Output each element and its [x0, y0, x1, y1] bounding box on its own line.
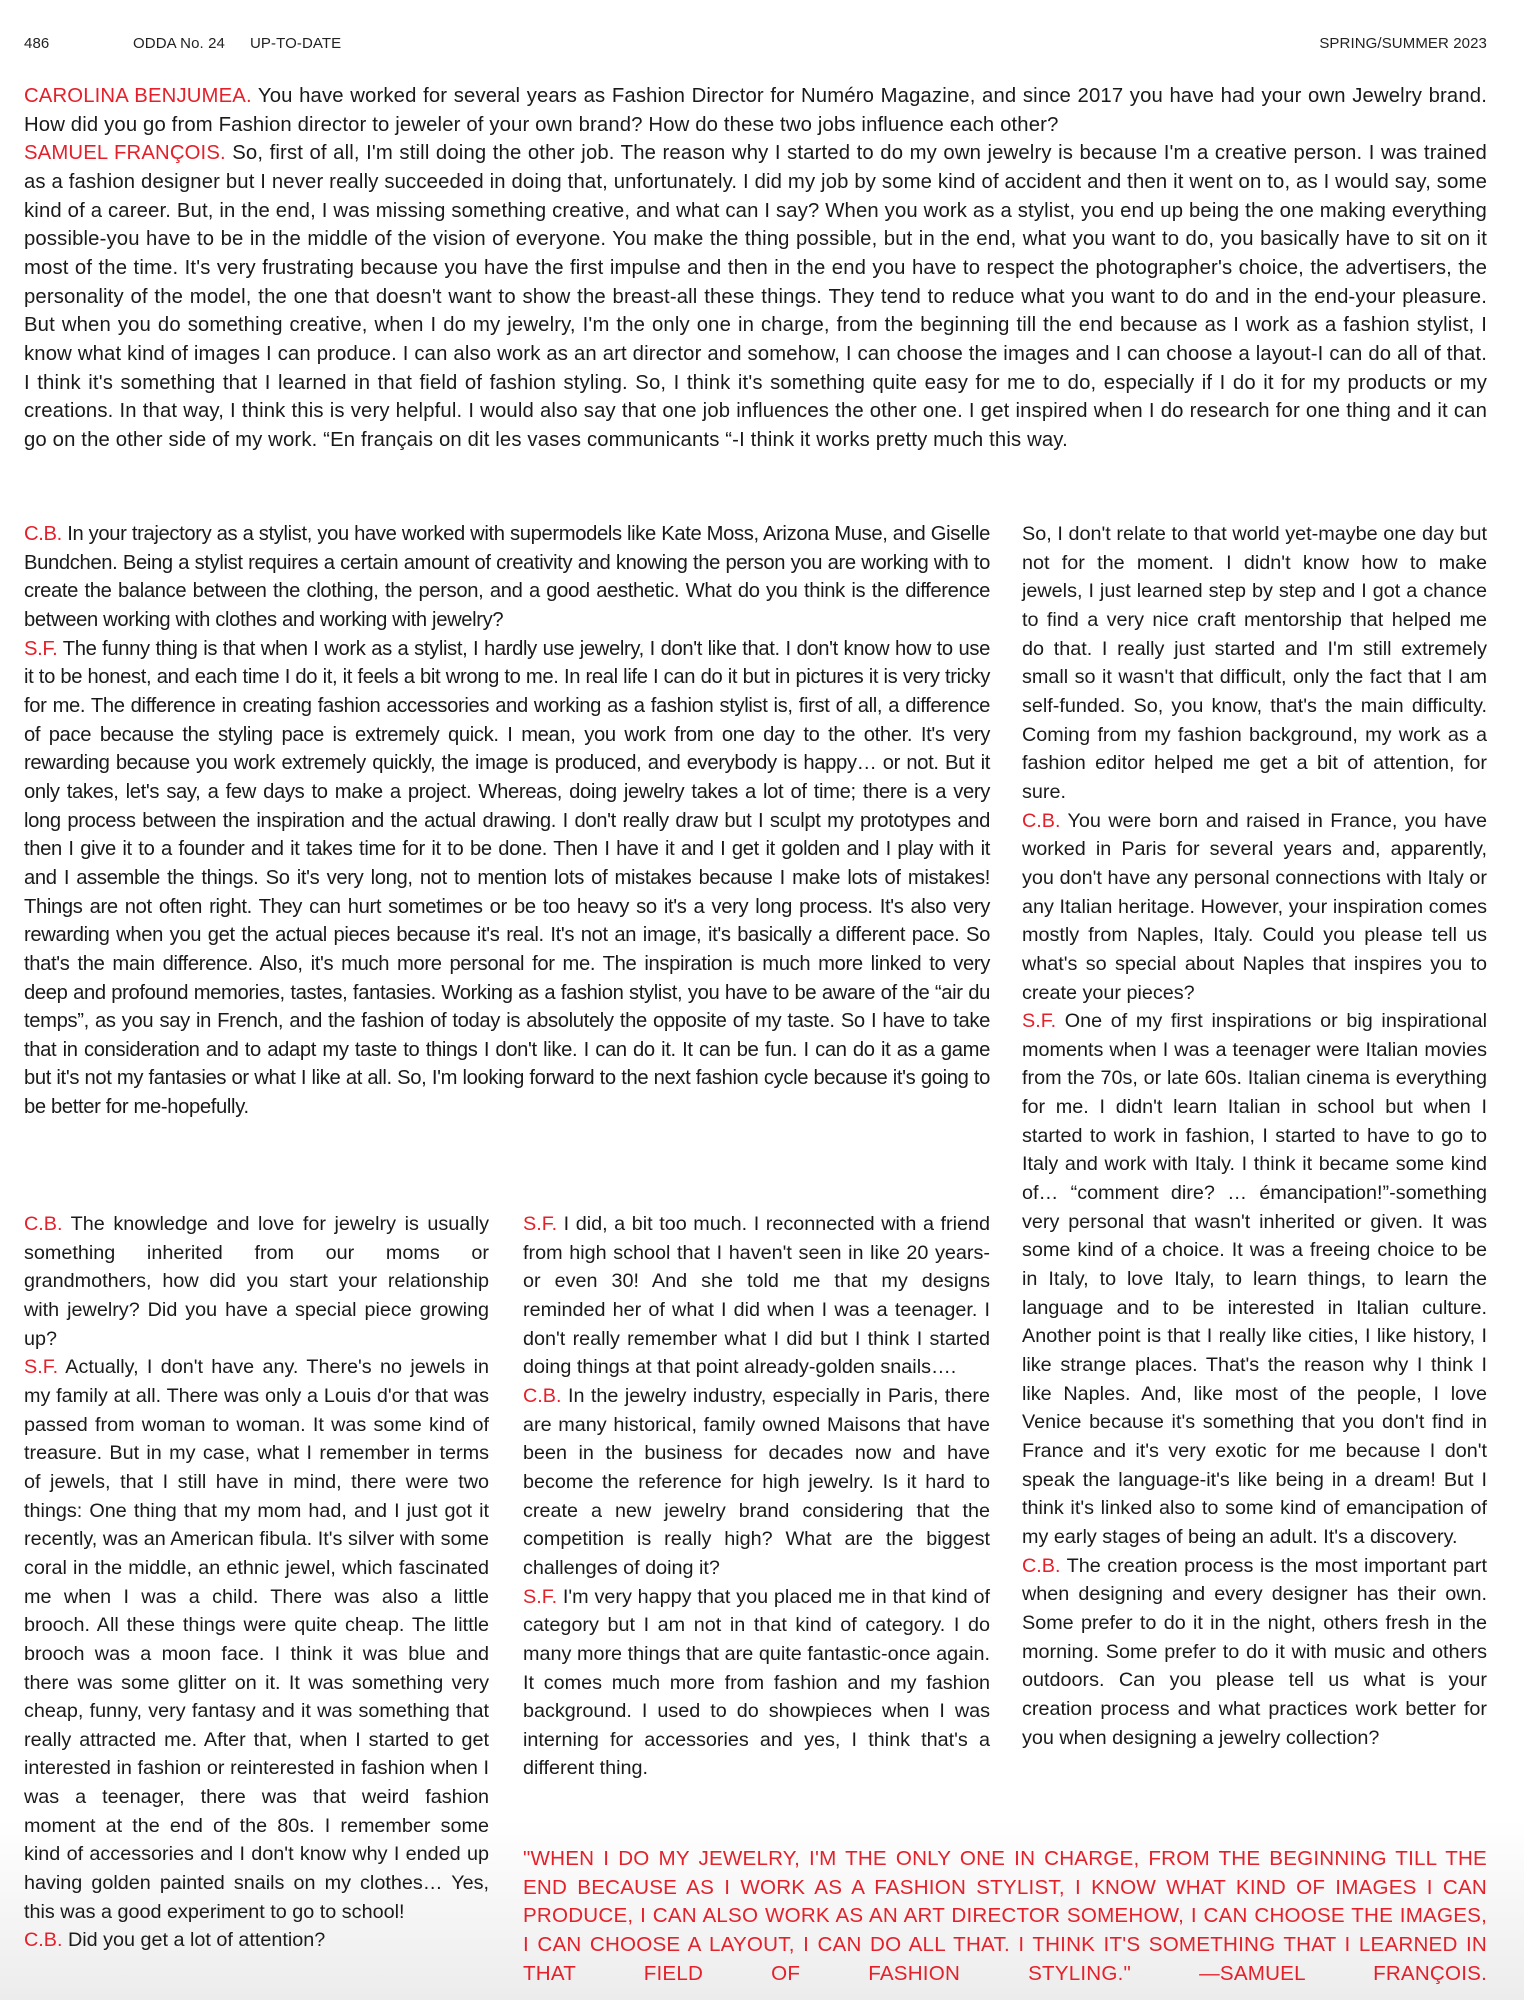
question-paragraph: C.B. You were born and raised in France,… — [1022, 807, 1487, 1008]
paragraph-text: In your trajectory as a stylist, you hav… — [24, 523, 990, 631]
speaker-label: C.B. — [24, 1213, 62, 1235]
section-name: UP-TO-DATE — [250, 35, 341, 52]
speaker-label: S.F. — [24, 638, 57, 660]
speaker-label: C.B. — [1022, 810, 1060, 832]
paragraph-text: In the jewelry industry, especially in P… — [523, 1385, 990, 1579]
speaker-label: CAROLINA BENJUMEA. — [24, 85, 252, 107]
paragraph-text: I did, a bit too much. I reconnected wit… — [523, 1213, 990, 1378]
paragraph-text: You were born and raised in France, you … — [1022, 810, 1487, 1004]
speaker-label: S.F. — [523, 1586, 557, 1608]
speaker-label: SAMUEL FRANÇOIS. — [24, 142, 226, 164]
issue-season: SPRING/SUMMER 2023 — [1319, 35, 1487, 52]
question-paragraph: C.B. In your trajectory as a stylist, yo… — [24, 520, 990, 635]
pull-quote: "When I do my jewelry, I'm the only one … — [523, 1845, 1487, 1988]
intro-question: CAROLINA BENJUMEA. You have worked for s… — [24, 82, 1487, 139]
wide-column: C.B. In your trajectory as a stylist, yo… — [24, 520, 990, 1122]
speaker-label: S.F. — [24, 1356, 58, 1378]
paragraph-text: The creation process is the most importa… — [1022, 1555, 1487, 1749]
right-column: So, I don't relate to that world yet-may… — [1022, 520, 1487, 1752]
speaker-label: C.B. — [24, 1929, 62, 1951]
magazine-issue: ODDA No. 24 — [133, 35, 225, 52]
question-paragraph: C.B. Did you get a lot of attention? — [24, 1926, 489, 1955]
paragraph-text: Actually, I don't have any. There's no j… — [24, 1356, 489, 1922]
middle-column: S.F. I did, a bit too much. I reconnecte… — [523, 1210, 990, 1783]
answer-paragraph: S.F. I'm very happy that you placed me i… — [523, 1583, 990, 1784]
question-paragraph: C.B. The knowledge and love for jewelry … — [24, 1210, 489, 1353]
paragraph-text: Did you get a lot of attention? — [62, 1929, 325, 1951]
speaker-label: C.B. — [24, 523, 62, 545]
question-paragraph: C.B. In the jewelry industry, especially… — [523, 1382, 990, 1583]
speaker-label: C.B. — [523, 1385, 561, 1407]
answer-continuation: So, I don't relate to that world yet-may… — [1022, 520, 1487, 807]
paragraph-text: I'm very happy that you placed me in tha… — [523, 1586, 990, 1780]
answer-paragraph: S.F. I did, a bit too much. I reconnecte… — [523, 1210, 990, 1382]
paragraph-text: So, first of all, I'm still doing the ot… — [24, 142, 1487, 451]
left-column: C.B. The knowledge and love for jewelry … — [24, 1210, 489, 1955]
speaker-label: C.B. — [1022, 1555, 1060, 1577]
answer-paragraph: S.F. The funny thing is that when I work… — [24, 635, 990, 1122]
answer-paragraph: S.F. Actually, I don't have any. There's… — [24, 1353, 489, 1926]
paragraph-text: One of my first inspirations or big insp… — [1022, 1010, 1487, 1548]
page-number: 486 — [24, 35, 49, 52]
answer-paragraph: S.F. One of my first inspirations or big… — [1022, 1007, 1487, 1551]
speaker-label: S.F. — [523, 1213, 557, 1235]
speaker-label: S.F. — [1022, 1010, 1056, 1032]
paragraph-text: So, I don't relate to that world yet-may… — [1022, 523, 1487, 803]
paragraph-text: The knowledge and love for jewelry is us… — [24, 1213, 489, 1350]
intro-answer: SAMUEL FRANÇOIS. So, first of all, I'm s… — [24, 139, 1487, 454]
question-paragraph: C.B. The creation process is the most im… — [1022, 1552, 1487, 1753]
intro-block: CAROLINA BENJUMEA. You have worked for s… — [24, 82, 1487, 455]
paragraph-text: The funny thing is that when I work as a… — [24, 638, 990, 1119]
